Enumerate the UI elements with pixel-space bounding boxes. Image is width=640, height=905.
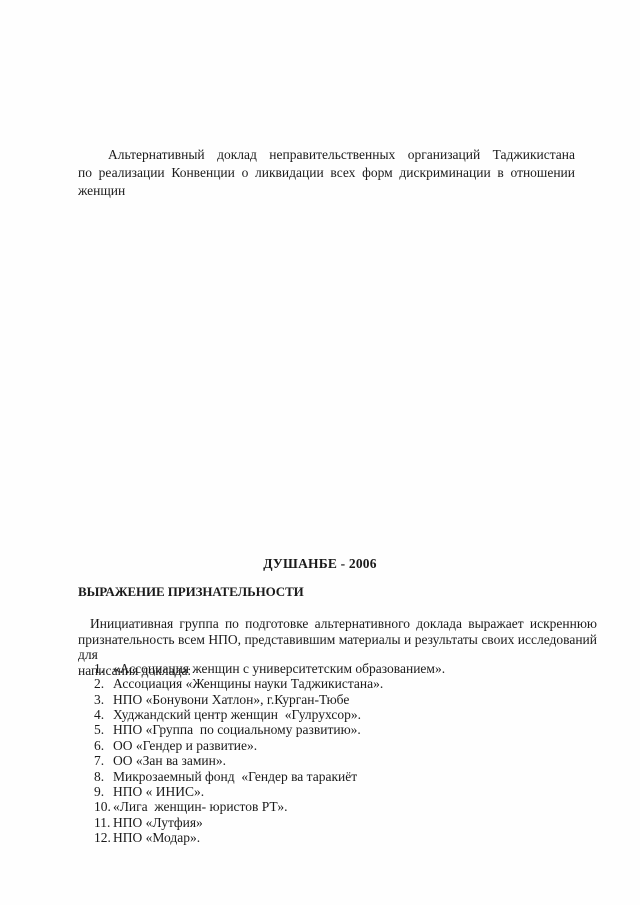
list-item: 9. НПО « ИНИС». [78, 784, 597, 799]
list-item-number: 6. [94, 738, 104, 753]
list-item-text: НПО «Модар». [113, 830, 200, 845]
list-item-number: 2. [94, 676, 104, 691]
list-item-number: 11. [94, 815, 110, 830]
scanned-document-page: Альтернативный доклад неправительственны… [0, 0, 640, 905]
list-item-text: НПО «Лутфия» [113, 815, 203, 830]
list-item-number: 5. [94, 722, 104, 737]
list-item-number: 10. [94, 799, 111, 814]
list-item-text: Микрозаемный фонд «Гендер ва таракиёт [113, 769, 357, 784]
list-item-number: 3. [94, 692, 104, 707]
list-item-text: Худжандский центр женщин «Гулрухсор». [113, 707, 361, 722]
list-item-number: 1. [94, 661, 104, 676]
list-item: 8. Микрозаемный фонд «Гендер ва таракиёт [78, 769, 597, 784]
section-heading: ВЫРАЖЕНИЕ ПРИЗНАТЕЛЬНОСТИ [78, 584, 304, 600]
report-title-line-2: по реализации Конвенции о ликвидации все… [78, 164, 575, 182]
list-item: 6. ОО «Гендер и развитие». [78, 738, 597, 753]
list-item: 1. «Ассоциация женщин с университетским … [78, 661, 597, 676]
list-item-number: 9. [94, 784, 104, 799]
list-item-number: 4. [94, 707, 104, 722]
list-item: 3. НПО «Бонувони Хатлон», г.Курган-Тюбе [78, 692, 597, 707]
report-title-line-1: Альтернативный доклад неправительственны… [78, 146, 575, 164]
list-item: 12. НПО «Модар». [78, 830, 597, 845]
list-item-text: ОО «Гендер и развитие». [113, 738, 257, 753]
list-item: 11. НПО «Лутфия» [78, 815, 597, 830]
report-title-line-3: женщин [78, 182, 575, 200]
list-item-number: 12. [94, 830, 111, 845]
organizations-list: 1. «Ассоциация женщин с университетским … [78, 661, 597, 845]
report-title-paragraph: Альтернативный доклад неправительственны… [78, 146, 575, 200]
list-item-number: 8. [94, 769, 104, 784]
acknowledgement-line-1: Инициативная группа по подготовке альтер… [78, 616, 597, 632]
list-item-text: НПО « ИНИС». [113, 784, 204, 799]
list-item-text: «Ассоциация женщин с университетским обр… [113, 661, 445, 676]
acknowledgement-line-2: признательность всем НПО, представившим … [78, 632, 597, 663]
list-item-text: ОО «Зан ва замин». [113, 753, 226, 768]
list-item: 2. Ассоциация «Женщины науки Таджикистан… [78, 676, 597, 691]
list-item: 5. НПО «Группа по социальному развитию». [78, 722, 597, 737]
list-item-text: НПО «Бонувони Хатлон», г.Курган-Тюбе [113, 692, 349, 707]
list-item-text: НПО «Группа по социальному развитию». [113, 722, 361, 737]
list-item-text: Ассоциация «Женщины науки Таджикистана». [113, 676, 383, 691]
list-item: 10. «Лига женщин- юристов РТ». [78, 799, 597, 814]
list-item-text: «Лига женщин- юристов РТ». [113, 799, 287, 814]
list-item: 7. ОО «Зан ва замин». [78, 753, 597, 768]
list-item: 4. Худжандский центр женщин «Гулрухсор». [78, 707, 597, 722]
city-year-line: ДУШАНБЕ - 2006 [0, 556, 640, 572]
list-item-number: 7. [94, 753, 104, 768]
